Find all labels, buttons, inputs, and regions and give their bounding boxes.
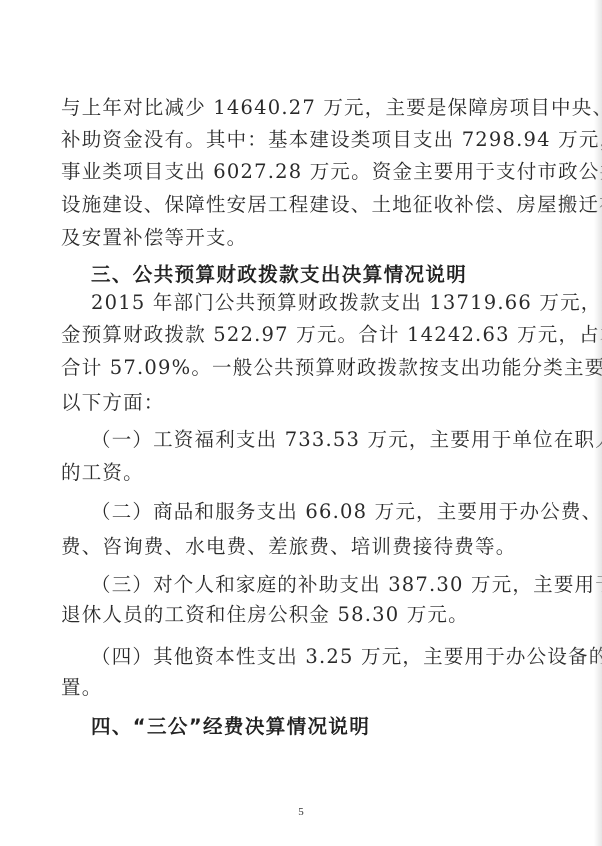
list-item-line: （三）对个人和家庭的补助支出 387.30 万元，主要用于离 (91, 573, 531, 597)
paragraph-line: 与上年对比减少 14640.27 万元，主要是保障房项目中央、省级 (61, 96, 531, 120)
paragraph-line: 设施建设、保障性安居工程建设、土地征收补偿、房屋搬迁补偿 (61, 193, 531, 217)
paragraph-line: 以下方面： (61, 391, 531, 415)
scan-edge-shadow (594, 0, 602, 846)
document-page: 与上年对比减少 14640.27 万元，主要是保障房项目中央、省级 补助资金没有… (0, 0, 602, 846)
list-item-line: （四）其他资本性支出 3.25 万元，主要用于办公设备的购 (91, 645, 531, 669)
paragraph-line: 合计 57.09%。一般公共预算财政拨款按支出功能分类主要用于 (61, 356, 531, 380)
list-item-line: 退休人员的工资和住房公积金 58.30 万元。 (61, 603, 531, 627)
paragraph-line: 及安置补偿等开支。 (61, 226, 531, 250)
list-item-line: 费、咨询费、水电费、差旅费、培训费接待费等。 (61, 535, 531, 559)
page-number: 5 (0, 806, 602, 818)
list-item-line: 置。 (61, 676, 531, 700)
list-item-line: 的工资。 (61, 461, 531, 485)
list-item-line: （一）工资福利支出 733.53 万元，主要用于单位在职人员 (91, 428, 531, 452)
paragraph-line: 2015 年部门公共预算财政拨款支出 13719.66 万元，政府性基 (91, 291, 531, 315)
paragraph-line: 补助资金没有。其中：基本建设类项目支出 7298.94 万元，行政 (61, 128, 531, 152)
paragraph-line: 事业类项目支出 6027.28 万元。资金主要用于支付市政公共基础 (61, 160, 531, 184)
section-heading-4: 四、“三公”经费决算情况说明 (91, 715, 370, 739)
section-heading-3: 三、公共预算财政拨款支出决算情况说明 (91, 263, 467, 287)
paragraph-line: 金预算财政拨款 522.97 万元。合计 14242.63 万元，占本年支出 (61, 323, 531, 347)
list-item-line: （二）商品和服务支出 66.08 万元，主要用于办公费、印刷 (91, 500, 531, 524)
